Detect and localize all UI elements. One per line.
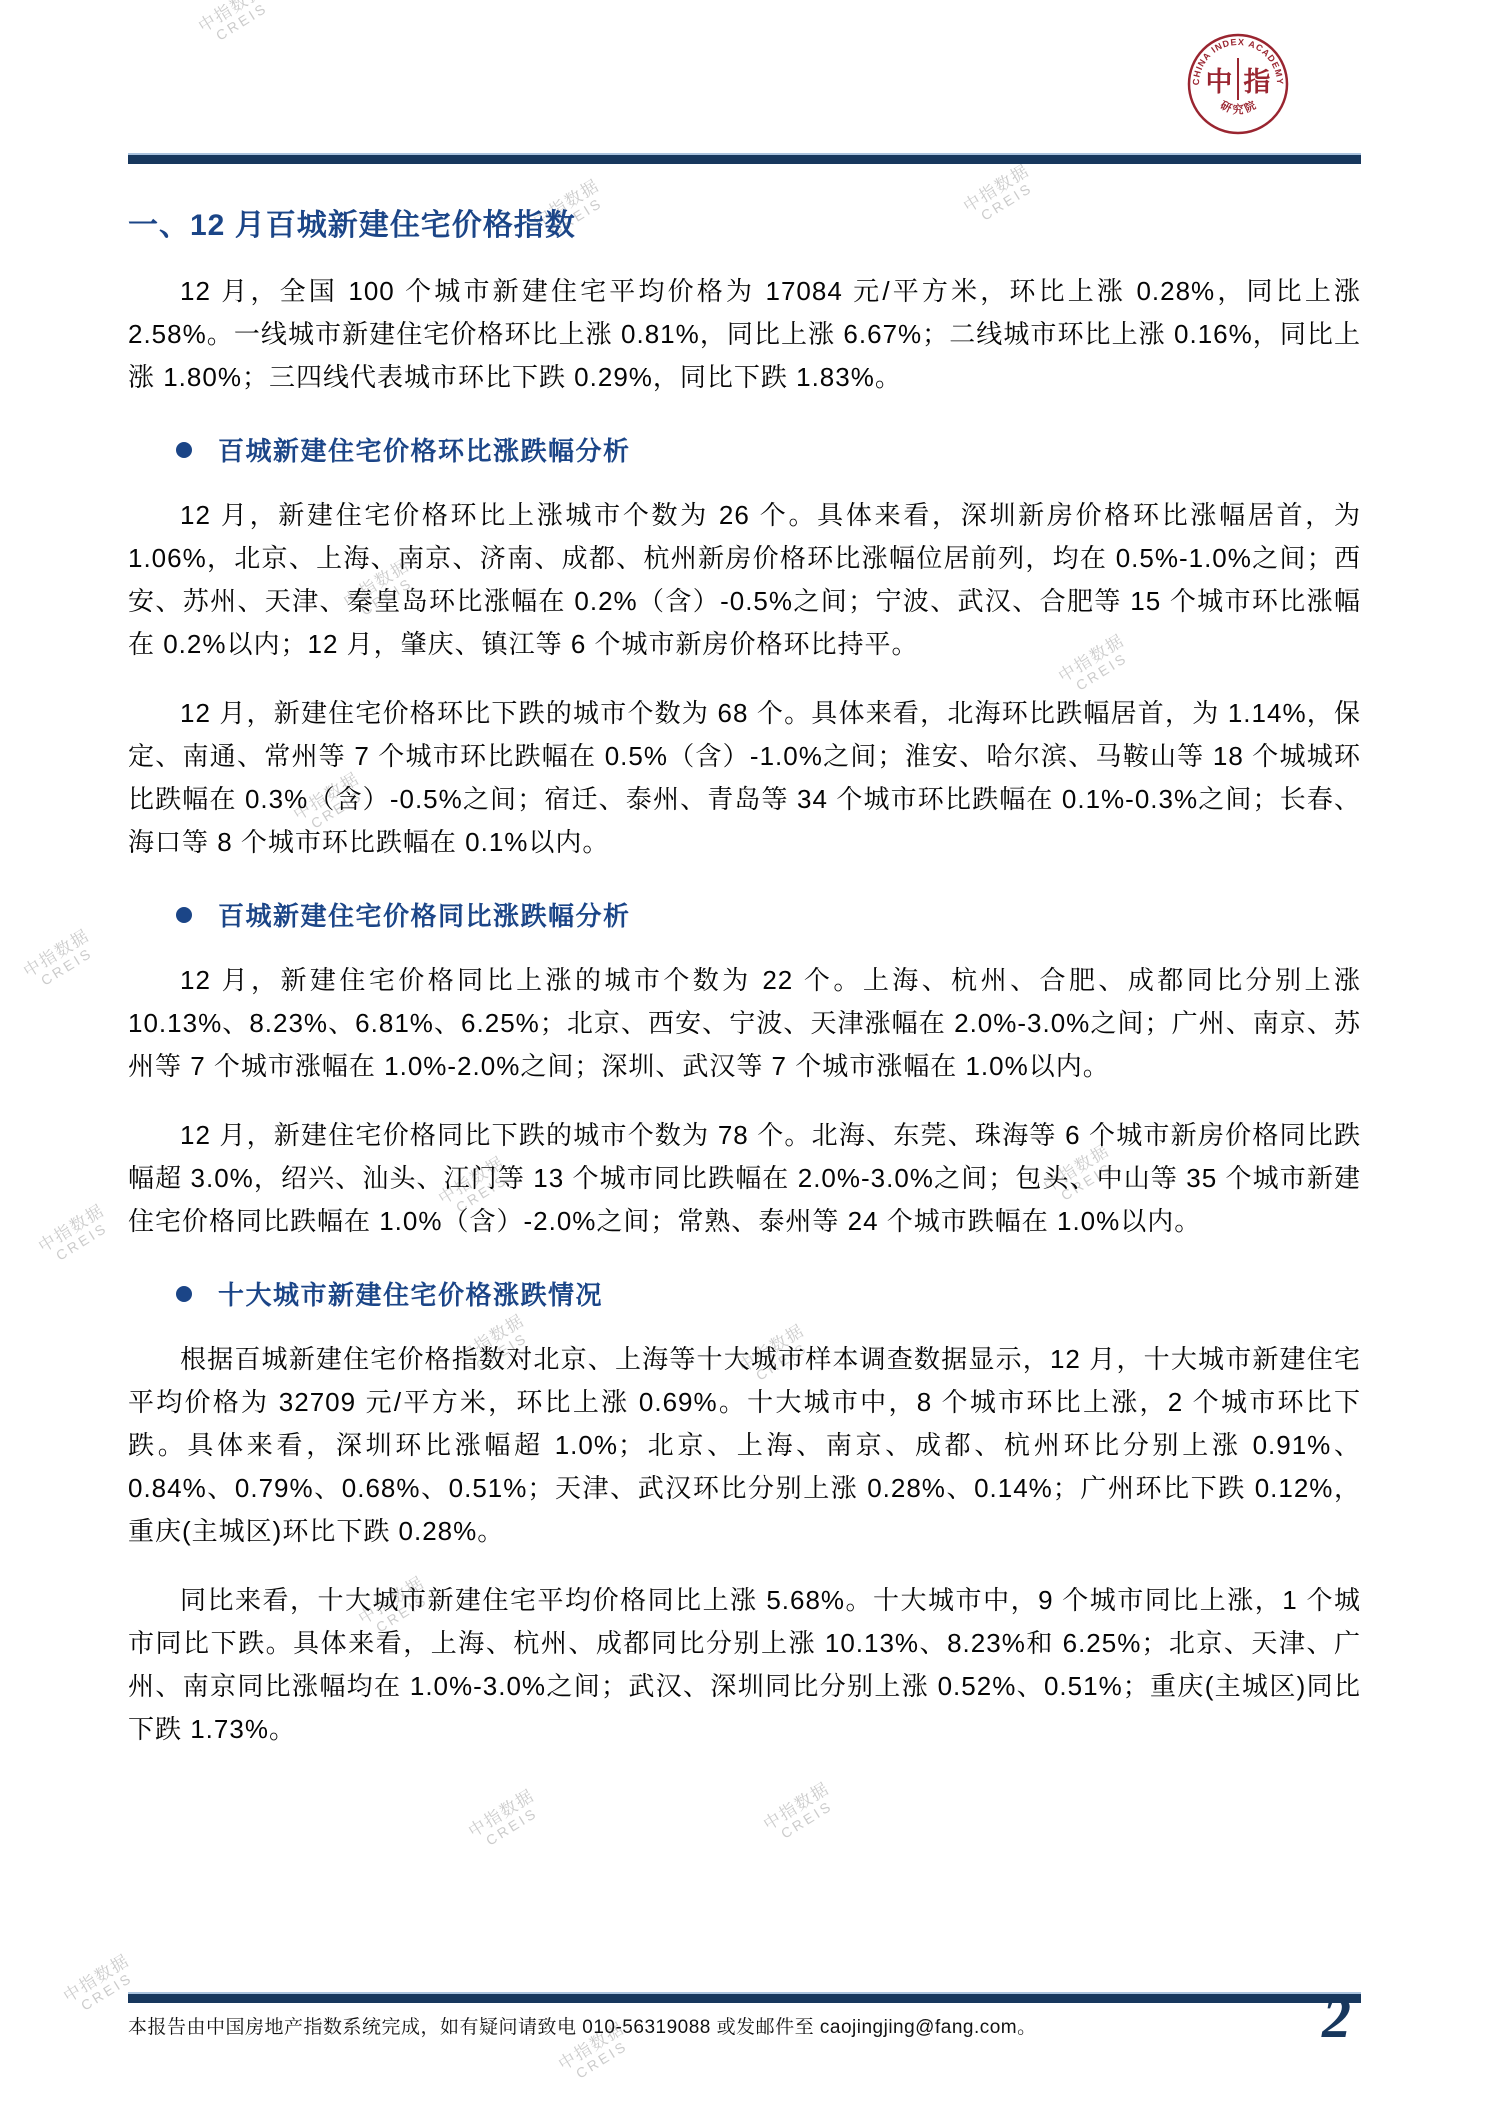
watermark: 中指数据CREIS <box>35 1201 116 1270</box>
bullet-icon <box>176 1286 192 1302</box>
watermark: 中指数据CREIS <box>60 1951 141 2020</box>
paragraph: 12 月，新建住宅价格同比下跌的城市个数为 78 个。北海、东莞、珠海等 6 个… <box>128 1114 1361 1243</box>
watermark: 中指数据CREIS <box>465 1786 546 1855</box>
bullet-icon <box>176 907 192 923</box>
seal-icon: CHINA INDEX ACADEMY 中 指 研 究 院 <box>1186 28 1290 140</box>
paragraph: 同比来看，十大城市新建住宅平均价格同比上涨 5.68%。十大城市中，9 个城市同… <box>128 1579 1361 1751</box>
watermark: 中指数据CREIS <box>760 1779 841 1848</box>
logo-seal-char-left: 中 <box>1206 67 1233 97</box>
paragraph: 根据百城新建住宅价格指数对北京、上海等十大城市样本调查数据显示，12 月，十大城… <box>128 1338 1361 1553</box>
footer-note: 本报告由中国房地产指数系统完成，如有疑问请致电 010-56319088 或发邮… <box>128 2012 1037 2039</box>
section-heading-label: 十大城市新建住宅价格涨跌情况 <box>218 1275 603 1312</box>
paragraph: 12 月，新建住宅价格同比上涨的城市个数为 22 个。上海、杭州、合肥、成都同比… <box>128 959 1361 1088</box>
page-number: 2 <box>1322 1984 1351 2051</box>
bullet-icon <box>176 442 192 458</box>
page-title: 一、12 月百城新建住宅价格指数 <box>128 200 1361 244</box>
intro-paragraph: 12 月，全国 100 个城市新建住宅平均价格为 17084 元/平方米，环比上… <box>128 270 1361 399</box>
section-heading-label: 百城新建住宅价格同比涨跌幅分析 <box>218 896 631 933</box>
section-heading-yoy-analysis: 百城新建住宅价格同比涨跌幅分析 <box>176 896 1361 933</box>
document-body: 一、12 月百城新建住宅价格指数 12 月，全国 100 个城市新建住宅平均价格… <box>128 190 1361 1751</box>
watermark: 中指数据CREIS <box>195 0 276 49</box>
footer-divider <box>128 1992 1361 2003</box>
watermark: 中指数据CREIS <box>20 926 101 995</box>
report-page: 中指数据CREIS 中指数据CREIS 中指数据CREIS 中指数据CREIS … <box>0 0 1488 2104</box>
section-heading-top-ten-cities: 十大城市新建住宅价格涨跌情况 <box>176 1275 1361 1312</box>
paragraph: 12 月，新建住宅价格环比下跌的城市个数为 68 个。具体来看，北海环比跌幅居首… <box>128 692 1361 864</box>
header-divider <box>128 153 1361 164</box>
section-heading-label: 百城新建住宅价格环比涨跌幅分析 <box>218 431 631 468</box>
china-index-academy-logo: CHINA INDEX ACADEMY 中 指 研 究 院 <box>1186 28 1290 140</box>
section-heading-mom-analysis: 百城新建住宅价格环比涨跌幅分析 <box>176 431 1361 468</box>
logo-seal-char-right: 指 <box>1244 67 1271 97</box>
paragraph: 12 月，新建住宅价格环比上涨城市个数为 26 个。具体来看，深圳新房价格环比涨… <box>128 494 1361 666</box>
